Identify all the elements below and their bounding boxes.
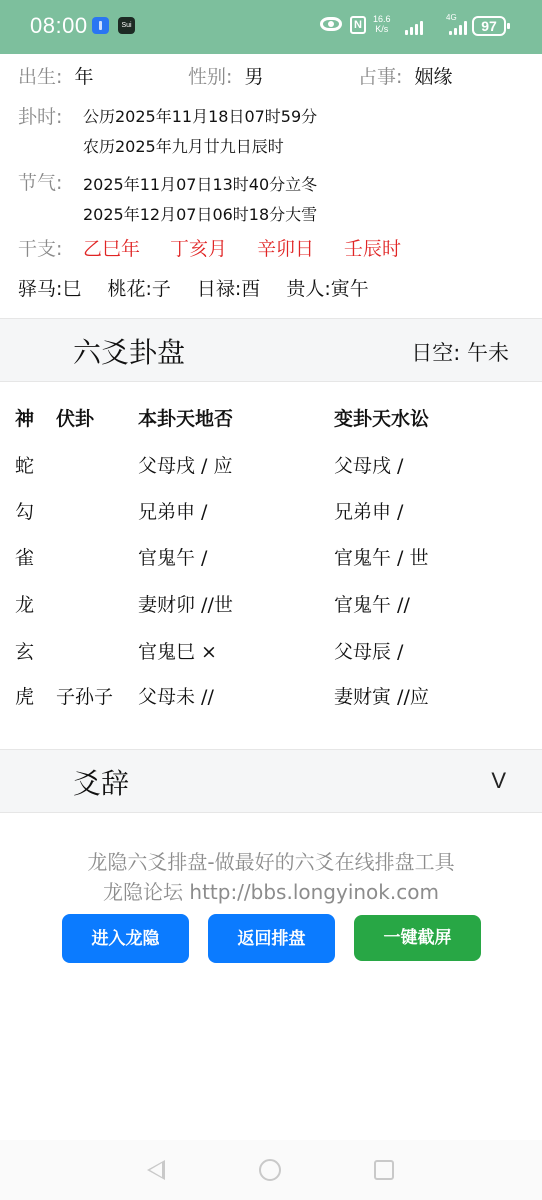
- header-bian: 变卦天水讼: [334, 404, 429, 431]
- header-shen: 神: [15, 404, 34, 431]
- birth-label: 出生:: [18, 66, 62, 88]
- taohua: 桃花:子: [107, 278, 170, 300]
- cell-ben: 父母未 //: [138, 682, 214, 709]
- voice-app-icon: [92, 17, 109, 34]
- status-bar: 08:00 Sui N 16.6 K/s 4G 97: [0, 0, 542, 54]
- cell-bian: 官鬼午 //: [334, 590, 410, 617]
- sui-app-icon: Sui: [118, 17, 135, 34]
- system-nav-bar: [0, 1140, 542, 1200]
- birth-value: 年: [74, 66, 93, 88]
- cell-ben: 父母戌 / 应: [138, 451, 232, 478]
- gua-panel-header: 六爻卦盘 日空: 午未: [0, 318, 542, 382]
- gua-time-label: 卦时:: [18, 102, 62, 129]
- back-to-chart-button[interactable]: 返回排盘: [208, 914, 335, 963]
- ganzhi-hour: 壬辰时: [344, 234, 401, 261]
- table-row: 虎 子孙子 父母未 // 妻财寅 //应: [0, 682, 542, 712]
- solar-term-1: 2025年11月07日13时40分立冬: [83, 172, 317, 195]
- table-row: 勾 兄弟申 / 兄弟申 /: [0, 497, 542, 527]
- table-row: 龙 妻财卯 //世 官鬼午 //: [0, 590, 542, 620]
- gender-field: 性别: 男: [188, 62, 263, 89]
- cell-shen: 蛇: [15, 451, 34, 478]
- wifi-signal-icon: [405, 19, 423, 35]
- forum-link[interactable]: 龙隐论坛 http://bbs.longyinok.com: [0, 876, 542, 905]
- cell-bian: 妻财寅 //应: [334, 682, 429, 709]
- status-time: 08:00: [30, 13, 88, 39]
- enter-longyin-button[interactable]: 进入龙隐: [62, 914, 189, 963]
- cell-ben: 官鬼午 /: [138, 543, 207, 570]
- rilu: 日禄:酉: [197, 278, 260, 300]
- solar-terms-label: 节气:: [18, 168, 62, 195]
- cell-bian: 父母辰 /: [334, 637, 403, 664]
- screenshot-button[interactable]: 一键截屏: [354, 915, 481, 961]
- battery-icon: 97: [472, 16, 506, 36]
- cell-shen: 龙: [15, 590, 34, 617]
- nfc-icon: N: [350, 16, 366, 34]
- cell-ben: 妻财卯 //世: [138, 590, 233, 617]
- table-row: 蛇 父母戌 / 应 父母戌 /: [0, 451, 542, 481]
- network-speed-value: 16.6: [373, 14, 391, 24]
- solar-time: 公历2025年11月18日07时59分: [83, 104, 317, 127]
- header-ben: 本卦天地否: [138, 404, 233, 431]
- shensha-list: 驿马:巳 桃花:子 日禄:酉 贵人:寅午: [18, 274, 389, 301]
- gua-table-header: 神 伏卦 本卦天地否 变卦天水讼: [0, 404, 542, 434]
- yima: 驿马:巳: [18, 278, 81, 300]
- chevron-down-icon[interactable]: V: [491, 768, 506, 794]
- cell-bian: 父母戌 /: [334, 451, 403, 478]
- cell-shen: 勾: [15, 497, 34, 524]
- cell-fu: 子孙子: [56, 682, 113, 709]
- cell-bian: 兄弟申 /: [334, 497, 403, 524]
- cell-shen: 玄: [15, 637, 34, 664]
- back-icon[interactable]: [147, 1160, 165, 1180]
- cellular-signal-icon: [449, 19, 467, 35]
- table-row: 玄 官鬼巳 × 父母辰 /: [0, 637, 542, 667]
- ganzhi-label: 干支:: [18, 234, 62, 261]
- table-row: 雀 官鬼午 / 官鬼午 / 世: [0, 543, 542, 573]
- topic-label: 占事:: [358, 66, 402, 88]
- ganzhi-day: 辛卯日: [257, 234, 314, 261]
- topic-field: 占事: 姻缘: [358, 62, 452, 89]
- gender-value: 男: [244, 66, 263, 88]
- rikong-value: 日空: 午未: [411, 337, 509, 367]
- yaoci-title: 爻辞: [73, 762, 129, 802]
- solar-term-2: 2025年12月07日06时18分大雪: [83, 202, 317, 225]
- home-icon[interactable]: [259, 1159, 281, 1181]
- basic-info-row: 出生: 年 性别: 男 占事: 姻缘: [0, 62, 542, 92]
- network-speed: 16.6 K/s: [373, 14, 391, 34]
- lunar-time: 农历2025年九月廿九日辰时: [83, 134, 284, 157]
- recent-apps-icon[interactable]: [374, 1160, 394, 1180]
- gender-label: 性别:: [188, 66, 232, 88]
- ganzhi-year: 乙巳年: [83, 234, 140, 261]
- guiren: 贵人:寅午: [286, 278, 368, 300]
- birth-field: 出生: 年: [18, 62, 93, 89]
- yaoci-header[interactable]: 爻辞 V: [0, 749, 542, 813]
- footer-slogan: 龙隐六爻排盘-做最好的六爻在线排盘工具: [0, 846, 542, 875]
- ganzhi-month: 丁亥月: [170, 234, 227, 261]
- eye-comfort-icon: [320, 17, 342, 31]
- cell-ben: 兄弟申 /: [138, 497, 207, 524]
- cell-shen: 雀: [15, 543, 34, 570]
- network-speed-unit: K/s: [375, 24, 388, 34]
- cell-shen: 虎: [15, 682, 34, 709]
- gua-panel-title: 六爻卦盘: [73, 331, 185, 371]
- cell-ben: 官鬼巳 ×: [138, 637, 217, 664]
- topic-value: 姻缘: [414, 66, 452, 88]
- header-fu: 伏卦: [56, 404, 94, 431]
- ganzhi-row: 干支: 乙巳年 丁亥月 辛卯日 壬辰时: [0, 234, 542, 264]
- cell-bian: 官鬼午 / 世: [334, 543, 428, 570]
- shensha-row: 驿马:巳 桃花:子 日禄:酉 贵人:寅午: [0, 274, 542, 304]
